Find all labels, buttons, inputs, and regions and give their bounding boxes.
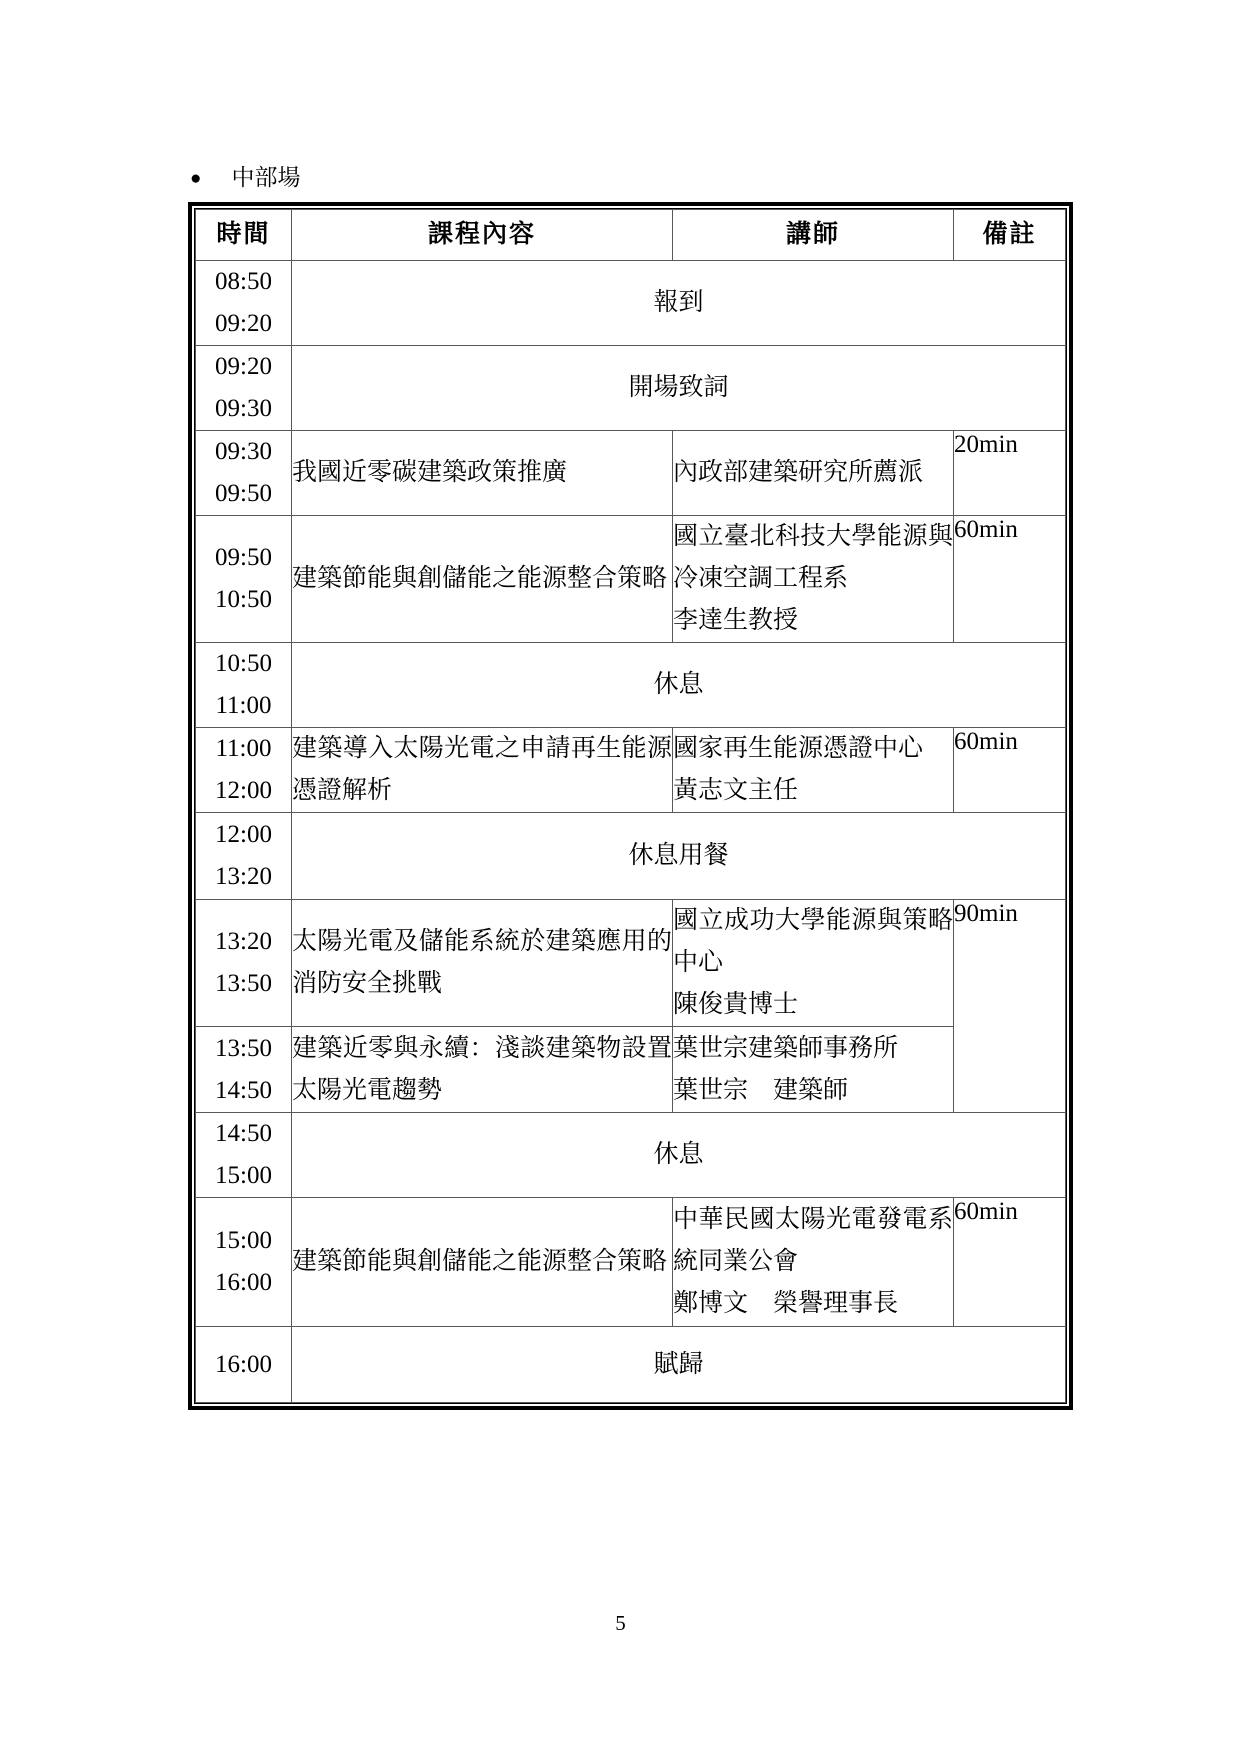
lecturer-line: 國立臺北科技大學能源與冷凍空調工程系: [673, 516, 953, 600]
time-start: 10:50: [196, 643, 291, 685]
time-start: 08:50: [196, 261, 291, 303]
remark-cell: 20min: [954, 431, 1066, 516]
time-cell: 09:50 10:50: [196, 516, 292, 643]
lecturer-line: 黃志文主任: [673, 770, 953, 812]
lecturer-cell: 國立成功大學能源與策略中心 陳俊貴博士: [673, 900, 954, 1027]
merged-activity-cell: 休息用餐: [292, 813, 1066, 900]
lecturer-line: 國家再生能源憑證中心: [673, 728, 953, 770]
lecturer-line: 李達生教授: [673, 600, 953, 642]
remark-cell: 90min: [954, 900, 1066, 1113]
lecturer-line: 國立成功大學能源與策略中心: [673, 900, 953, 984]
time-end: 16:00: [196, 1262, 291, 1304]
course-cell: 建築近零與永續：淺談建築物設置太陽光電趨勢: [292, 1027, 673, 1113]
time-cell: 11:00 12:00: [196, 728, 292, 813]
merged-activity-cell: 開場致詞: [292, 346, 1066, 431]
section-heading: ●中部場: [190, 163, 300, 194]
time-cell: 09:30 09:50: [196, 431, 292, 516]
time-cell: 16:00: [196, 1327, 292, 1403]
time-cell: 12:00 13:20: [196, 813, 292, 900]
time-start: 12:00: [196, 814, 291, 856]
time-start: 09:20: [196, 346, 291, 388]
column-header-remark: 備註: [954, 210, 1066, 261]
table-row: 11:00 12:00 建築導入太陽光電之申請再生能源憑證解析 國家再生能源憑證…: [196, 728, 1066, 813]
time-start: 09:30: [196, 431, 291, 473]
merged-activity-cell: 休息: [292, 643, 1066, 728]
lecturer-line: 內政部建築研究所薦派: [673, 452, 953, 494]
table-row: 14:50 15:00 休息: [196, 1113, 1066, 1198]
time-cell: 13:50 14:50: [196, 1027, 292, 1113]
lecturer-cell: 中華民國太陽光電發電系統同業公會 鄭博文 榮譽理事長: [673, 1198, 954, 1327]
remark-cell: 60min: [954, 728, 1066, 813]
table-row: 09:50 10:50 建築節能與創儲能之能源整合策略 國立臺北科技大學能源與冷…: [196, 516, 1066, 643]
time-end: 11:00: [196, 685, 291, 727]
schedule-table-frame: 時間 課程內容 講師 備註 08:50 09:20 報到 09:20 09:30: [188, 202, 1073, 1410]
time-start: 13:50: [196, 1028, 291, 1070]
document-page: ●中部場 時間 課程內容 講師 備註 08:50: [0, 0, 1241, 1755]
lecturer-cell: 國家再生能源憑證中心 黃志文主任: [673, 728, 954, 813]
time-start: 13:20: [196, 921, 291, 963]
course-cell: 我國近零碳建築政策推廣: [292, 431, 673, 516]
column-header-lecturer: 講師: [673, 210, 954, 261]
lecturer-line: 中華民國太陽光電發電系統同業公會: [673, 1199, 953, 1283]
table-row: 12:00 13:20 休息用餐: [196, 813, 1066, 900]
table-row: 08:50 09:20 報到: [196, 261, 1066, 346]
lecturer-line: 葉世宗 建築師: [673, 1070, 953, 1112]
time-end: 10:50: [196, 579, 291, 621]
course-cell: 太陽光電及儲能系統於建築應用的消防安全挑戰: [292, 900, 673, 1027]
course-cell: 建築節能與創儲能之能源整合策略: [292, 516, 673, 643]
bullet-icon: ●: [190, 164, 201, 194]
table-row: 13:50 14:50 建築近零與永續：淺談建築物設置太陽光電趨勢 葉世宗建築師…: [196, 1027, 1066, 1113]
table-row: 10:50 11:00 休息: [196, 643, 1066, 728]
merged-activity-cell: 報到: [292, 261, 1066, 346]
lecturer-line: 鄭博文 榮譽理事長: [673, 1283, 953, 1325]
time-cell: 13:20 13:50: [196, 900, 292, 1027]
time-cell: 14:50 15:00: [196, 1113, 292, 1198]
time-cell: 15:00 16:00: [196, 1198, 292, 1327]
course-cell: 建築導入太陽光電之申請再生能源憑證解析: [292, 728, 673, 813]
time-end: 09:20: [196, 303, 291, 345]
lecturer-line: 陳俊貴博士: [673, 984, 953, 1026]
time-end: 09:50: [196, 473, 291, 515]
table-row: 16:00 賦歸: [196, 1327, 1066, 1403]
remark-cell: 60min: [954, 516, 1066, 643]
merged-activity-cell: 休息: [292, 1113, 1066, 1198]
time-start: 16:00: [196, 1344, 291, 1386]
column-header-time: 時間: [196, 210, 292, 261]
table-row: 09:20 09:30 開場致詞: [196, 346, 1066, 431]
section-title: 中部場: [231, 165, 300, 190]
time-end: 12:00: [196, 770, 291, 812]
time-end: 14:50: [196, 1070, 291, 1112]
lecturer-cell: 葉世宗建築師事務所 葉世宗 建築師: [673, 1027, 954, 1113]
time-end: 15:00: [196, 1155, 291, 1197]
schedule-table-border: 時間 課程內容 講師 備註 08:50 09:20 報到 09:20 09:30: [194, 208, 1067, 1404]
page-number: 5: [0, 1611, 1241, 1636]
time-start: 14:50: [196, 1113, 291, 1155]
column-header-course: 課程內容: [292, 210, 673, 261]
time-cell: 10:50 11:00: [196, 643, 292, 728]
header-row: 時間 課程內容 講師 備註: [196, 210, 1066, 261]
time-cell: 09:20 09:30: [196, 346, 292, 431]
time-start: 15:00: [196, 1220, 291, 1262]
time-end: 13:20: [196, 856, 291, 898]
schedule-table: 時間 課程內容 講師 備註 08:50 09:20 報到 09:20 09:30: [195, 209, 1066, 1403]
merged-activity-cell: 賦歸: [292, 1327, 1066, 1403]
time-start: 11:00: [196, 728, 291, 770]
table-row: 15:00 16:00 建築節能與創儲能之能源整合策略 中華民國太陽光電發電系統…: [196, 1198, 1066, 1327]
table-row: 09:30 09:50 我國近零碳建築政策推廣 內政部建築研究所薦派 20min: [196, 431, 1066, 516]
time-end: 13:50: [196, 963, 291, 1005]
time-end: 09:30: [196, 388, 291, 430]
table-row: 13:20 13:50 太陽光電及儲能系統於建築應用的消防安全挑戰 國立成功大學…: [196, 900, 1066, 1027]
time-start: 09:50: [196, 537, 291, 579]
lecturer-line: 葉世宗建築師事務所: [673, 1028, 953, 1070]
lecturer-cell: 內政部建築研究所薦派: [673, 431, 954, 516]
lecturer-cell: 國立臺北科技大學能源與冷凍空調工程系 李達生教授: [673, 516, 954, 643]
time-cell: 08:50 09:20: [196, 261, 292, 346]
course-cell: 建築節能與創儲能之能源整合策略: [292, 1198, 673, 1327]
remark-cell: 60min: [954, 1198, 1066, 1327]
